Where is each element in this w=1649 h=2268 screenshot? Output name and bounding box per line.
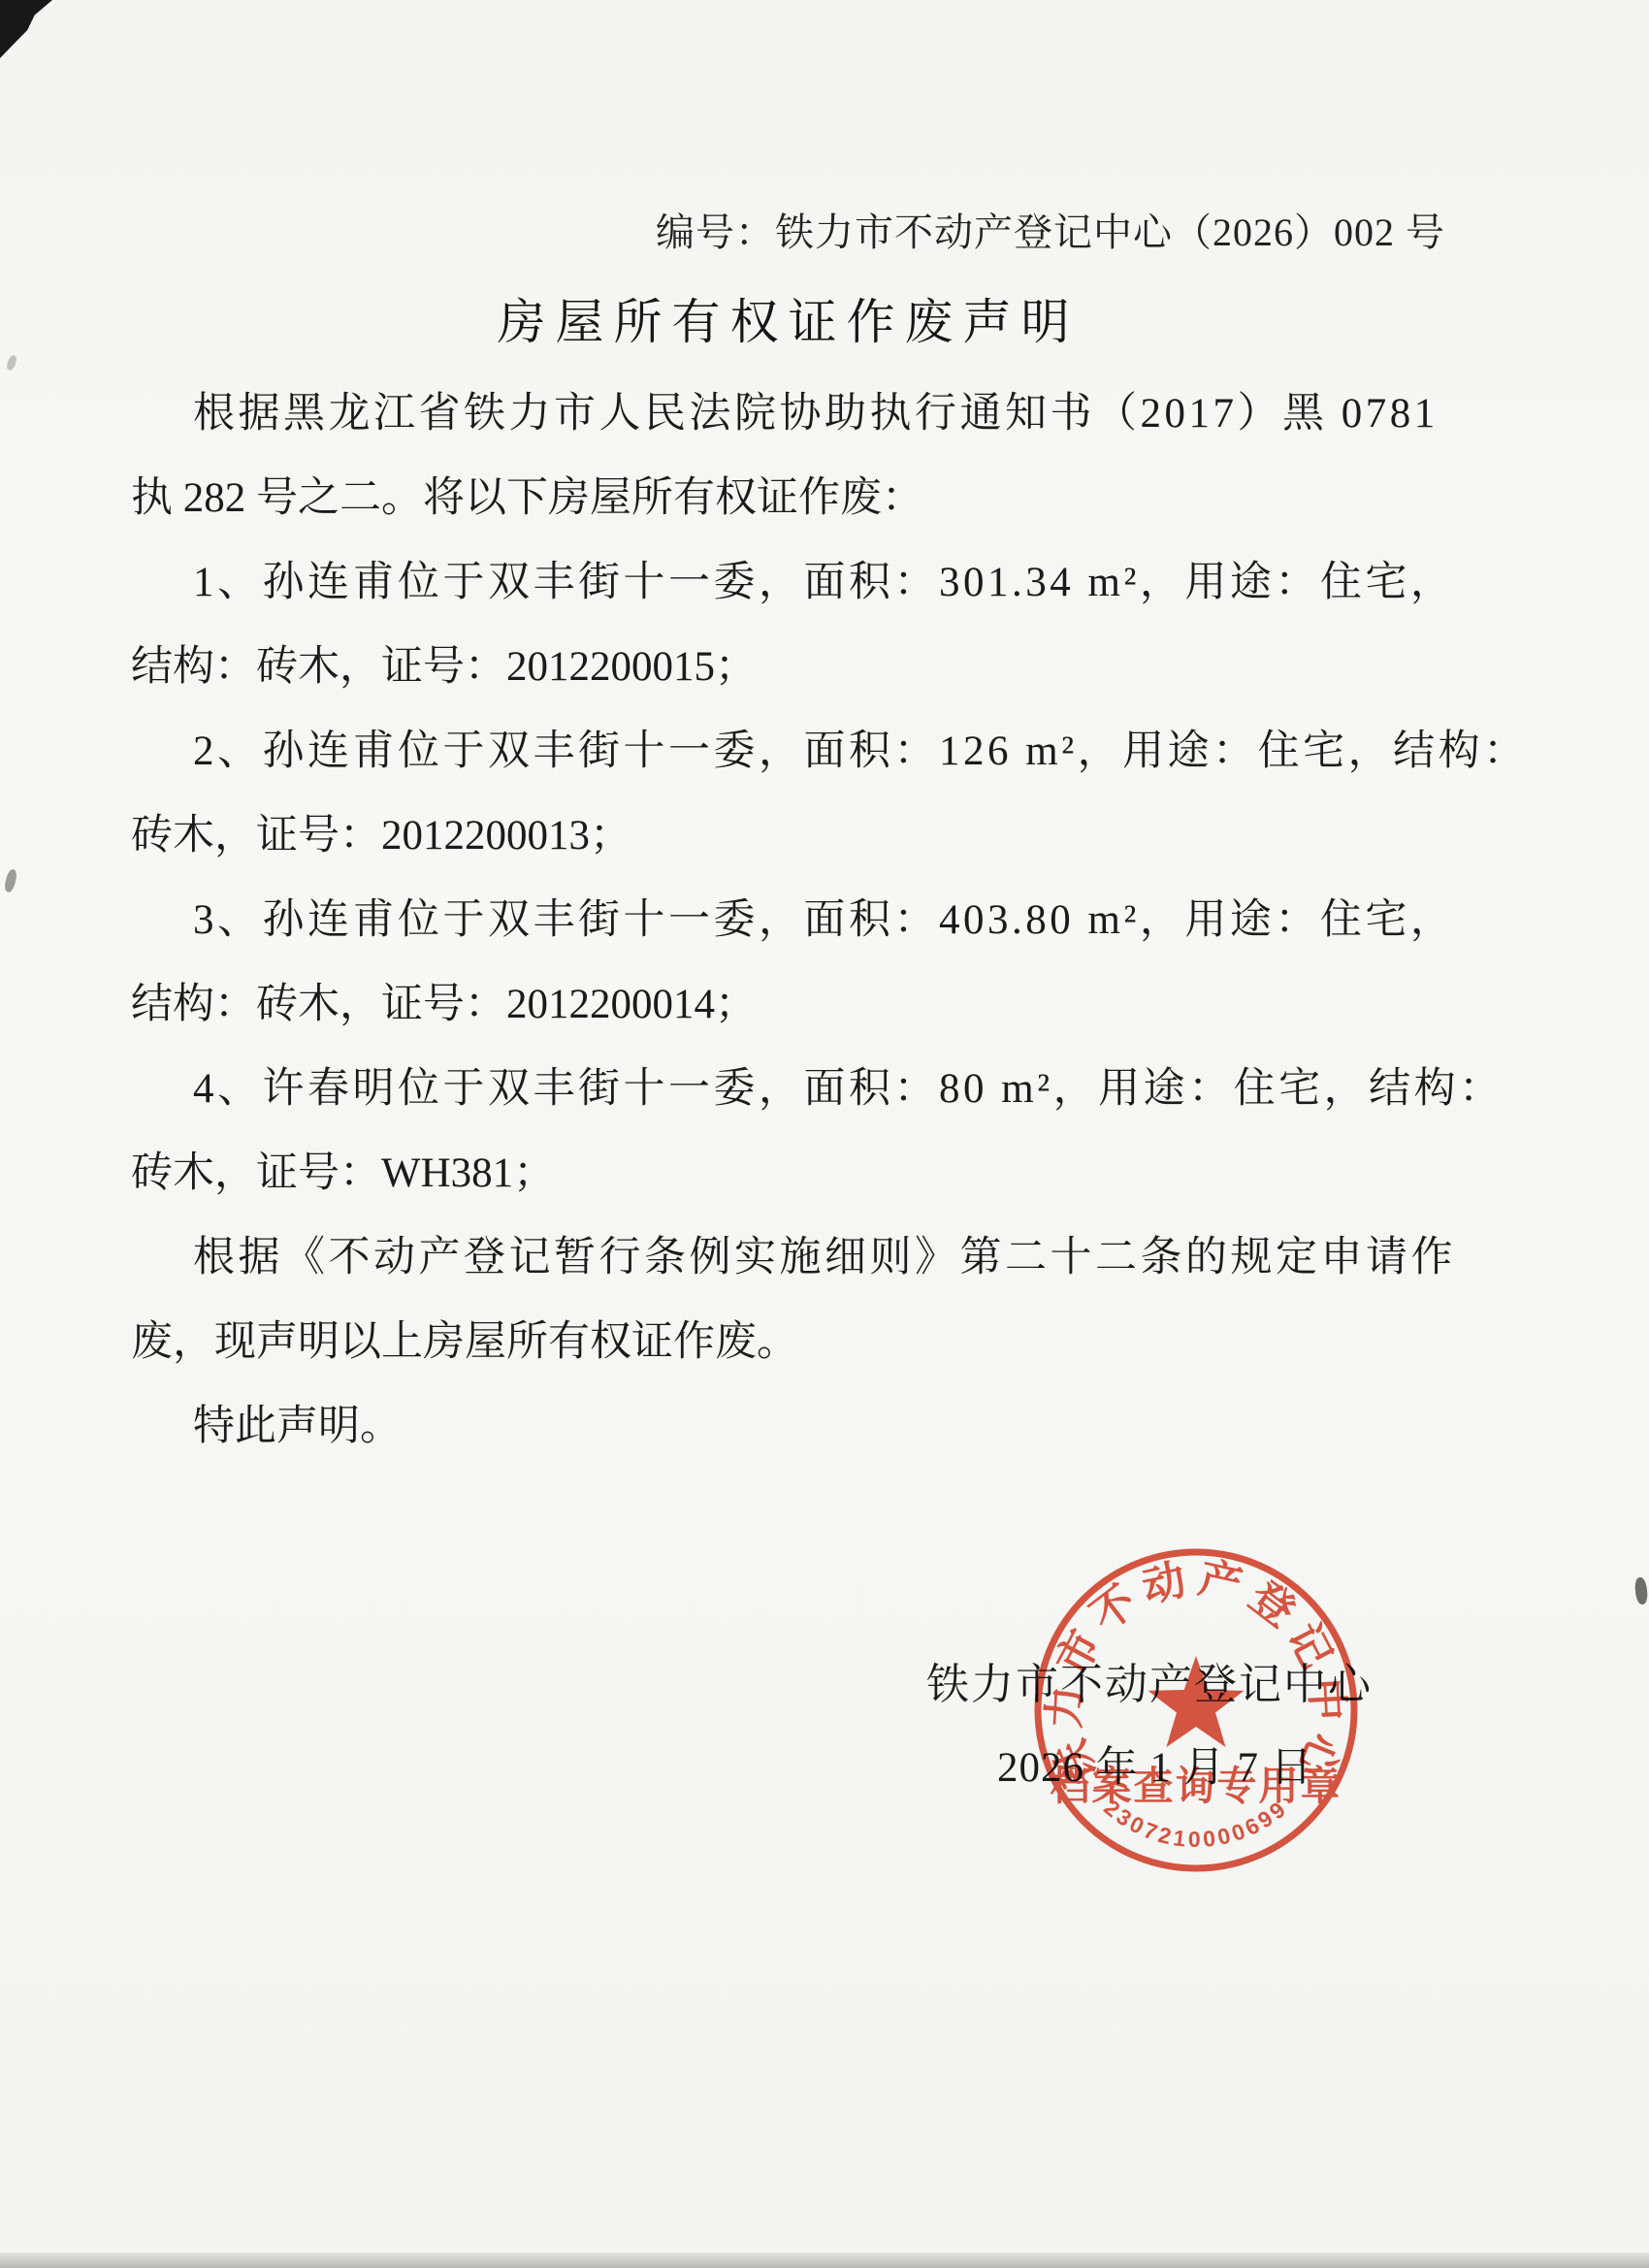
scan-speck <box>3 868 18 893</box>
body-line: 特此声明。 <box>131 1384 1508 1469</box>
body-line: 根据《不动产登记暂行条例实施细则》第二十二条的规定申请作 <box>131 1215 1508 1300</box>
scan-speck <box>1634 1576 1649 1604</box>
body-line: 砖木，证号：WH381； <box>131 1131 1508 1215</box>
body-line: 执 282 号之二。将以下房屋所有权证作废： <box>131 456 1508 540</box>
body-line: 2、孙连甫位于双丰街十一委，面积：126 m²，用途：住宅，结构： <box>131 709 1508 794</box>
body-line: 砖木，证号：2012200013； <box>131 794 1508 878</box>
official-seal: 铁力市不动产登记中心 档案查询专用章 2307210000699 <box>1026 1540 1366 1880</box>
doc-number: 编号：铁力市不动产登记中心（2026）002 号 <box>656 202 1445 257</box>
seal-banner-text: 档案查询专用章 <box>1051 1764 1342 1808</box>
scan-artifact-bottom-strip <box>0 2252 1649 2268</box>
body-line: 根据黑龙江省铁力市人民法院协助执行通知书（2017）黑 0781 <box>131 372 1508 456</box>
document-page: 编号：铁力市不动产登记中心（2026）002 号 房屋所有权证作废声明 根据黑龙… <box>0 0 1649 2268</box>
body-line: 4、许春明位于双丰街十一委，面积：80 m²，用途：住宅，结构： <box>131 1047 1508 1131</box>
body-line: 废，现声明以上房屋所有权证作废。 <box>131 1300 1508 1384</box>
page-title: 房屋所有权证作废声明 <box>131 283 1445 353</box>
body-line: 结构：砖木，证号：2012200014； <box>131 962 1508 1047</box>
seal-star-icon <box>1148 1656 1245 1747</box>
body-line: 1、孙连甫位于双丰街十一委，面积：301.34 m²，用途：住宅， <box>131 540 1508 625</box>
body-line: 结构：砖木，证号：2012200015； <box>131 625 1508 709</box>
scan-artifact-corner <box>0 0 52 58</box>
document-body: 根据黑龙江省铁力市人民法院协助执行通知书（2017）黑 0781 执 282 号… <box>131 372 1508 1469</box>
body-line: 3、孙连甫位于双丰街十一委，面积：403.80 m²，用途：住宅， <box>131 878 1508 962</box>
scan-speck <box>6 354 18 372</box>
